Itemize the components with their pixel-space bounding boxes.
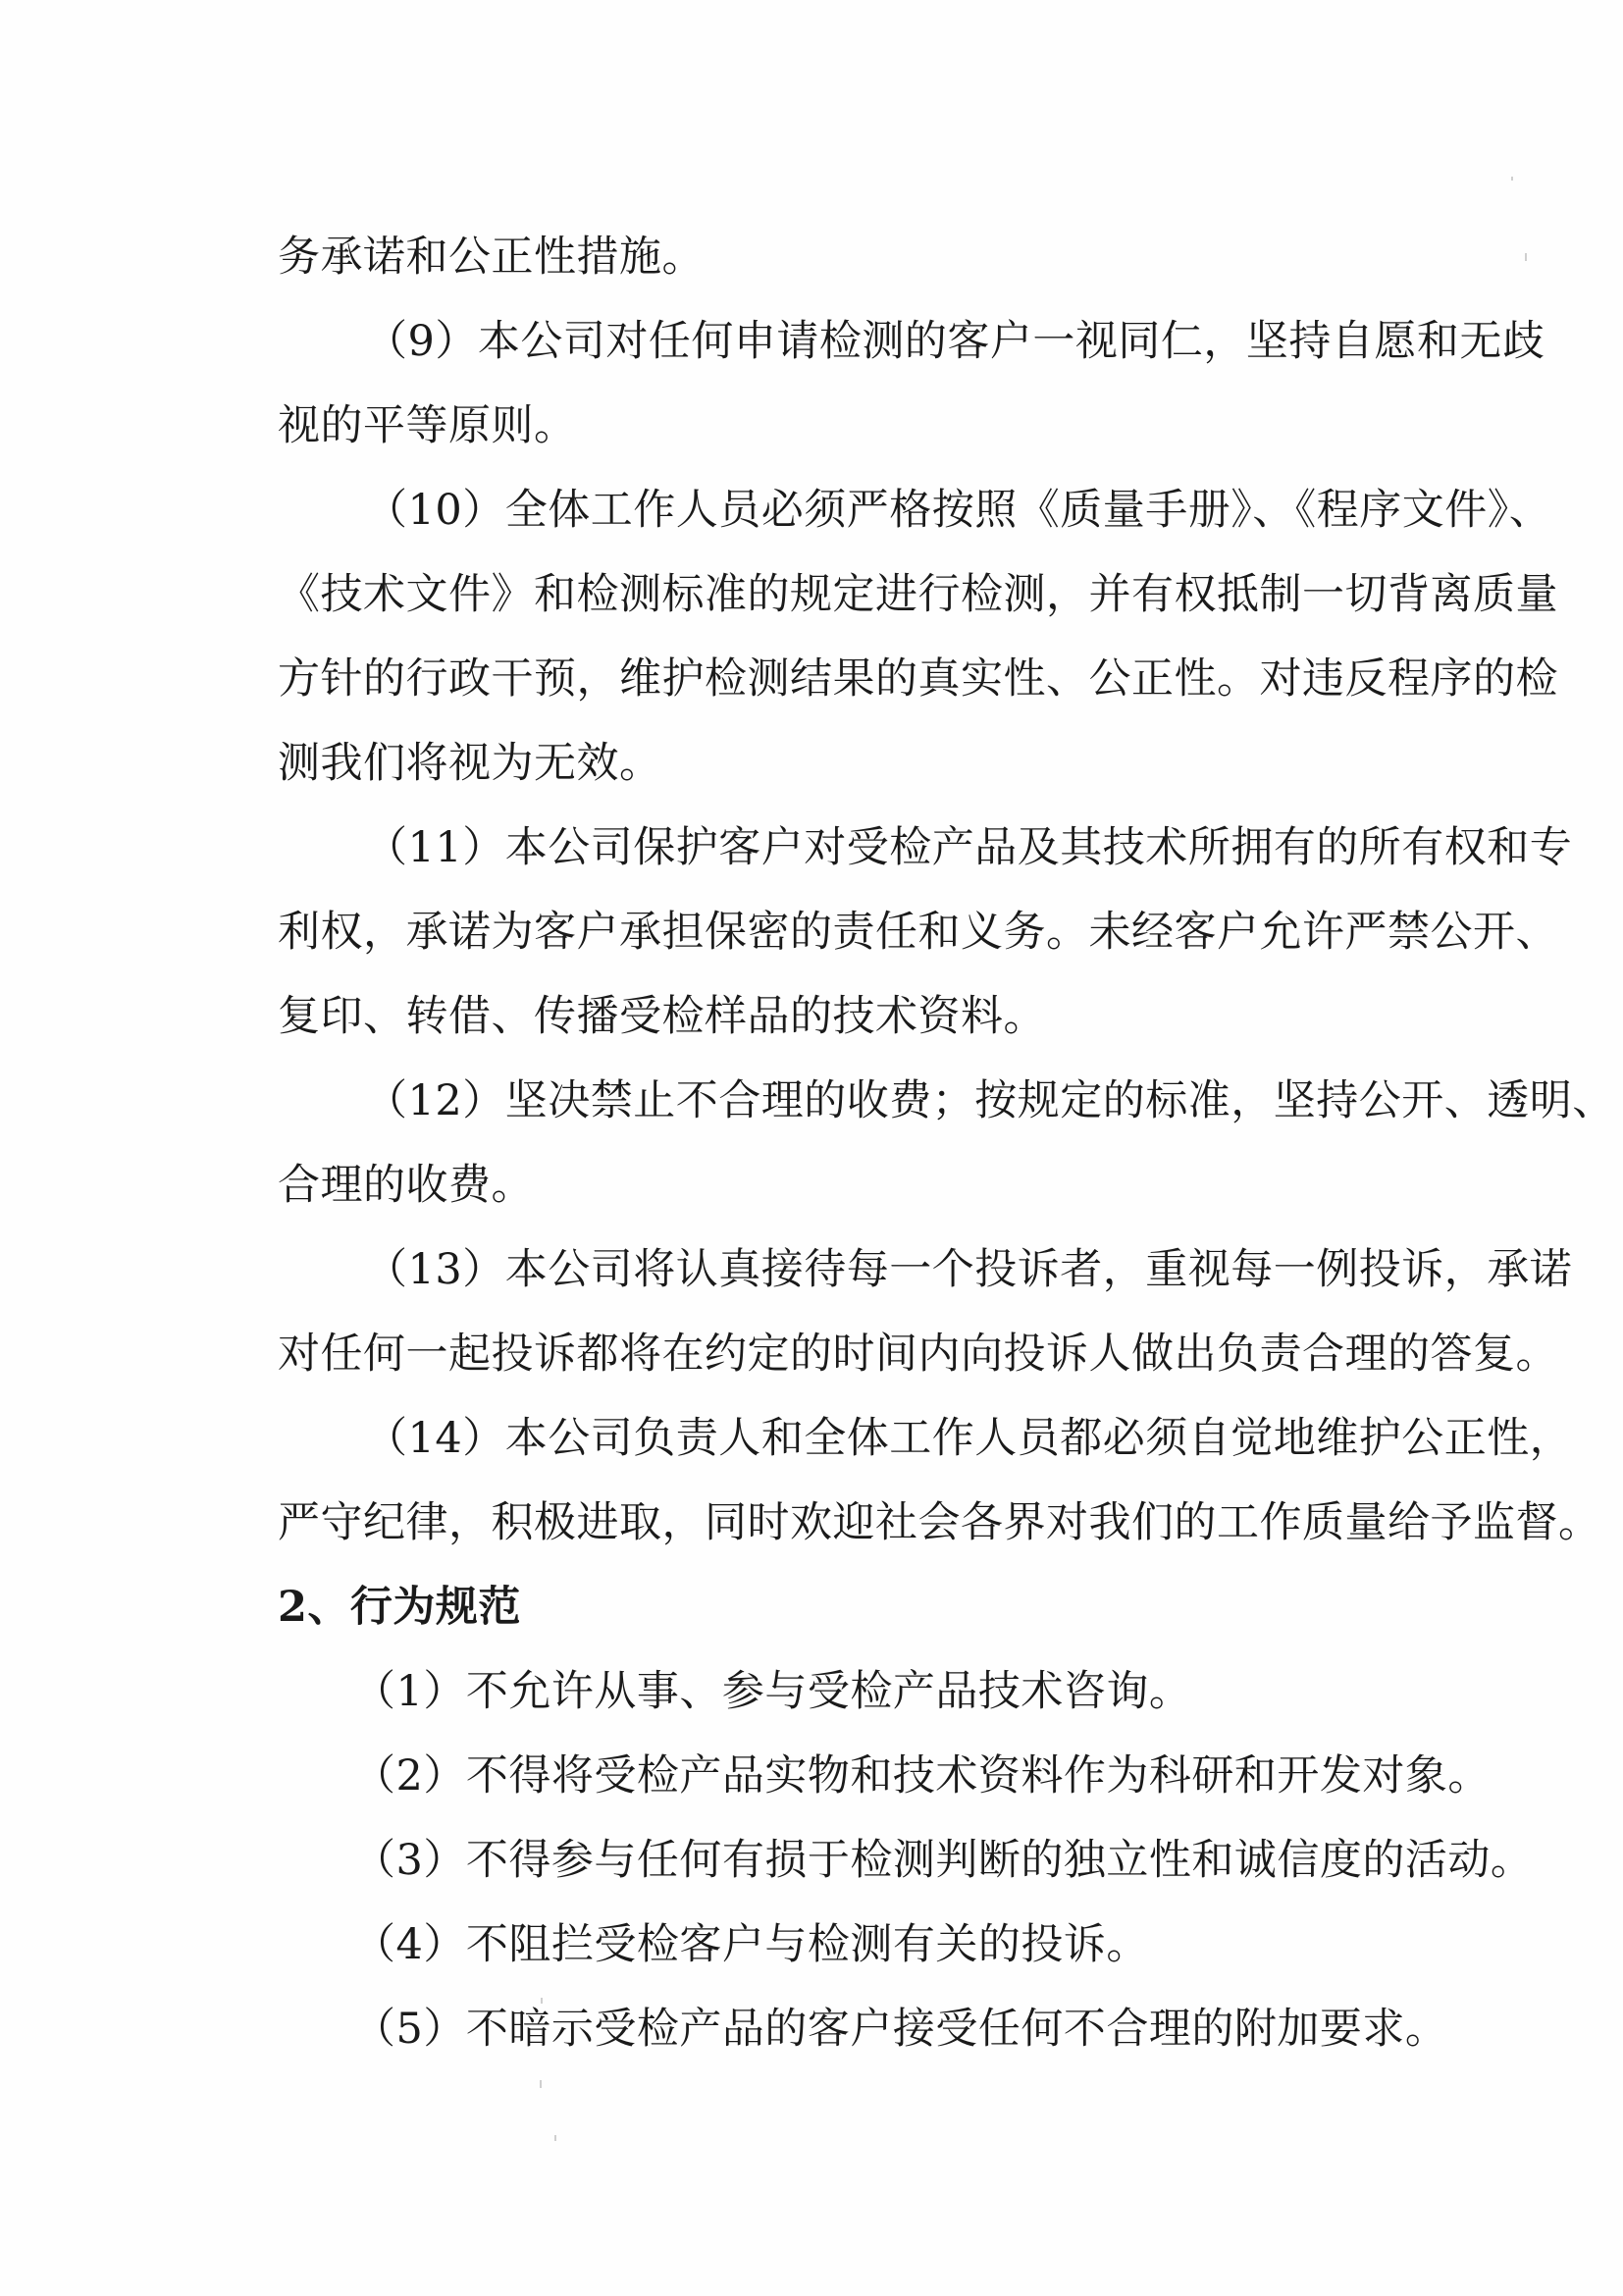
text-line: 对任何一起投诉都将在约定的时间内向投诉人做出负责合理的答复。 xyxy=(278,1327,1436,1382)
text-line: 务承诺和公正性措施。 xyxy=(278,230,1436,285)
rule-item-2: （2）不得将受检产品实物和技术资料作为科研和开发对象。 xyxy=(353,1748,1491,1803)
scan-speck xyxy=(1511,177,1513,181)
text-line: 《技术文件》和检测标准的规定进行检测，并有权抵制一切背离质量 xyxy=(278,567,1436,622)
clause-10: （10）全体工作人员必须严格按照《质量手册》、《程序文件》、 xyxy=(365,483,1551,538)
section-heading: 2、行为规范 xyxy=(278,1580,521,1635)
clause-9: （9）本公司对任何申请检测的客户一视同仁，坚持自愿和无歧 xyxy=(365,314,1544,369)
text-line: 严守纪律，积极进取，同时欢迎社会各界对我们的工作质量给予监督。 xyxy=(278,1495,1436,1550)
scan-speck xyxy=(540,2080,542,2088)
text-line: 方针的行政干预，维护检测结果的真实性、公正性。对违反程序的检 xyxy=(278,652,1436,706)
clause-14: （14）本公司负责人和全体工作人员都必须自觉地维护公正性， xyxy=(365,1411,1572,1466)
clause-13: （13）本公司将认真接待每一个投诉者，重视每一例投诉，承诺 xyxy=(365,1242,1572,1297)
text-line: 测我们将视为无效。 xyxy=(278,736,1436,791)
rule-item-3: （3）不得参与任何有损于检测判断的独立性和诚信度的活动。 xyxy=(353,1833,1533,1888)
rule-item-5: （5）不暗示受检产品的客户接受任何不合理的附加要求。 xyxy=(353,2002,1447,2057)
rule-item-1: （1）不允许从事、参与受检产品技术咨询。 xyxy=(353,1664,1191,1719)
clause-12: （12）坚决禁止不合理的收费；按规定的标准，坚持公开、透明、 xyxy=(365,1073,1615,1128)
document-page: 务承诺和公正性措施。 （9）本公司对任何申请检测的客户一视同仁，坚持自愿和无歧 … xyxy=(0,0,1623,2296)
scan-speck xyxy=(554,2135,556,2141)
text-line: 视的平等原则。 xyxy=(278,398,1436,453)
scan-speck xyxy=(1525,253,1527,261)
rule-item-4: （4）不阻拦受检客户与检测有关的投诉。 xyxy=(353,1917,1149,1972)
scan-speck xyxy=(541,1998,543,2004)
clause-11: （11）本公司保护客户对受检产品及其技术所拥有的所有权和专 xyxy=(365,820,1572,875)
text-line: 复印、转借、传播受检样品的技术资料。 xyxy=(278,989,1436,1044)
text-line: 利权，承诺为客户承担保密的责任和义务。未经客户允许严禁公开、 xyxy=(278,905,1436,960)
text-line: 合理的收费。 xyxy=(278,1158,1436,1213)
